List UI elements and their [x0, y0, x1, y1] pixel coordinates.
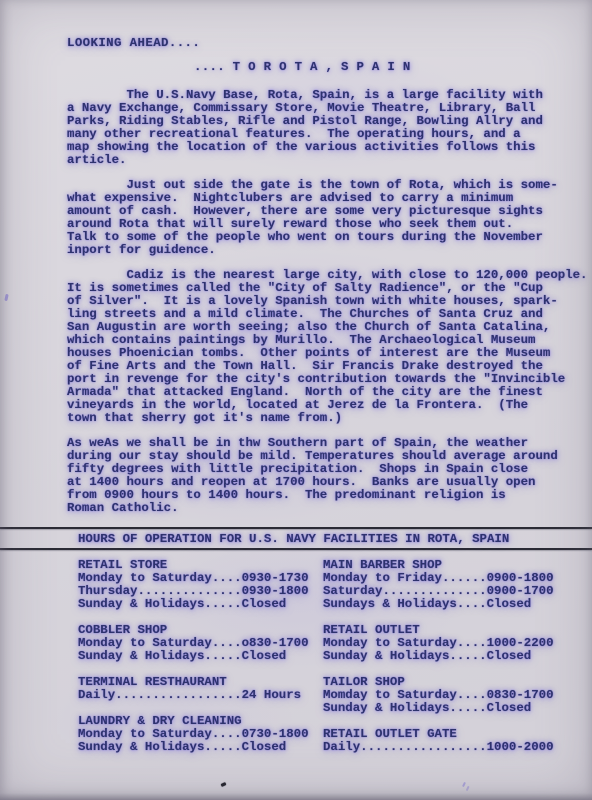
hours-section: HOURS OF OPERATION FOR U.S. NAVY FACILIT…	[0, 527, 592, 750]
facility-retail-store: RETAIL STORE Monday to Saturday....0930-…	[78, 559, 309, 611]
ink-speck	[462, 782, 466, 787]
facility-hours: Monday to Saturday....0730-1800 Sunday &…	[78, 728, 309, 754]
facility-hours: Monday to Saturday....0930-1730 Thursday…	[78, 572, 309, 611]
paragraph-cadiz: Cadiz is the nearest large city, with cl…	[67, 269, 572, 425]
newsletter-page: LOOKING AHEAD.... .... T O R O T A , S P…	[0, 0, 592, 800]
facility-hours: Monday to Saturday....1000-2200 Sunday &…	[323, 637, 554, 663]
facility-hours: Momday to Saturday....0830-1700 Sunday &…	[323, 689, 554, 715]
ink-speck	[221, 782, 227, 787]
facility-laundry-dry-cleaning: LAUNDRY & DRY CLEANING Monday to Saturda…	[78, 715, 309, 754]
facility-hours: Daily.................24 Hours	[78, 689, 309, 702]
hours-columns: RETAIL STORE Monday to Saturday....0930-…	[0, 550, 592, 750]
facility-tailor-shop: TAILOR SHOP Momday to Saturday....0830-1…	[323, 676, 554, 715]
hours-left-column: RETAIL STORE Monday to Saturday....0930-…	[78, 559, 309, 767]
ink-speck	[4, 294, 8, 301]
hours-section-title: HOURS OF OPERATION FOR U.S. NAVY FACILIT…	[0, 529, 592, 548]
facility-hours: Monday to Friday......0900-1800 Saturday…	[323, 572, 554, 611]
paragraph-base-facilities: The U.S.Navy Base, Rota, Spain, is a lar…	[67, 89, 572, 167]
page-bottom-edge	[0, 793, 592, 800]
facility-hours: Daily.................1000-2000	[323, 741, 554, 754]
facility-cobbler-shop: COBBLER SHOP Monday to Saturday....o830-…	[78, 624, 309, 663]
facility-main-barber-shop: MAIN BARBER SHOP Monday to Friday......0…	[323, 559, 554, 611]
hours-right-column: MAIN BARBER SHOP Monday to Friday......0…	[323, 559, 554, 767]
looking-ahead-heading: LOOKING AHEAD....	[67, 36, 200, 50]
paragraph-weather: As weAs we shall be in thw Southern part…	[67, 437, 572, 515]
facility-hours: Monday to Saturday....o830-1700 Sunday &…	[78, 637, 309, 663]
facility-retail-outlet: RETAIL OUTLET Monday to Saturday....1000…	[323, 624, 554, 663]
facility-terminal-restaurant: TERMINAL RESTHAURANT Daily..............…	[78, 676, 309, 702]
facility-retail-outlet-gate: RETAIL OUTLET GATE Daily................…	[323, 728, 554, 754]
paragraph-town-of-rota: Just out side the gate is the town of Ro…	[67, 179, 572, 257]
article-title: .... T O R O T A , S P A I N	[194, 60, 411, 74]
article-body: The U.S.Navy Base, Rota, Spain, is a lar…	[67, 89, 572, 527]
